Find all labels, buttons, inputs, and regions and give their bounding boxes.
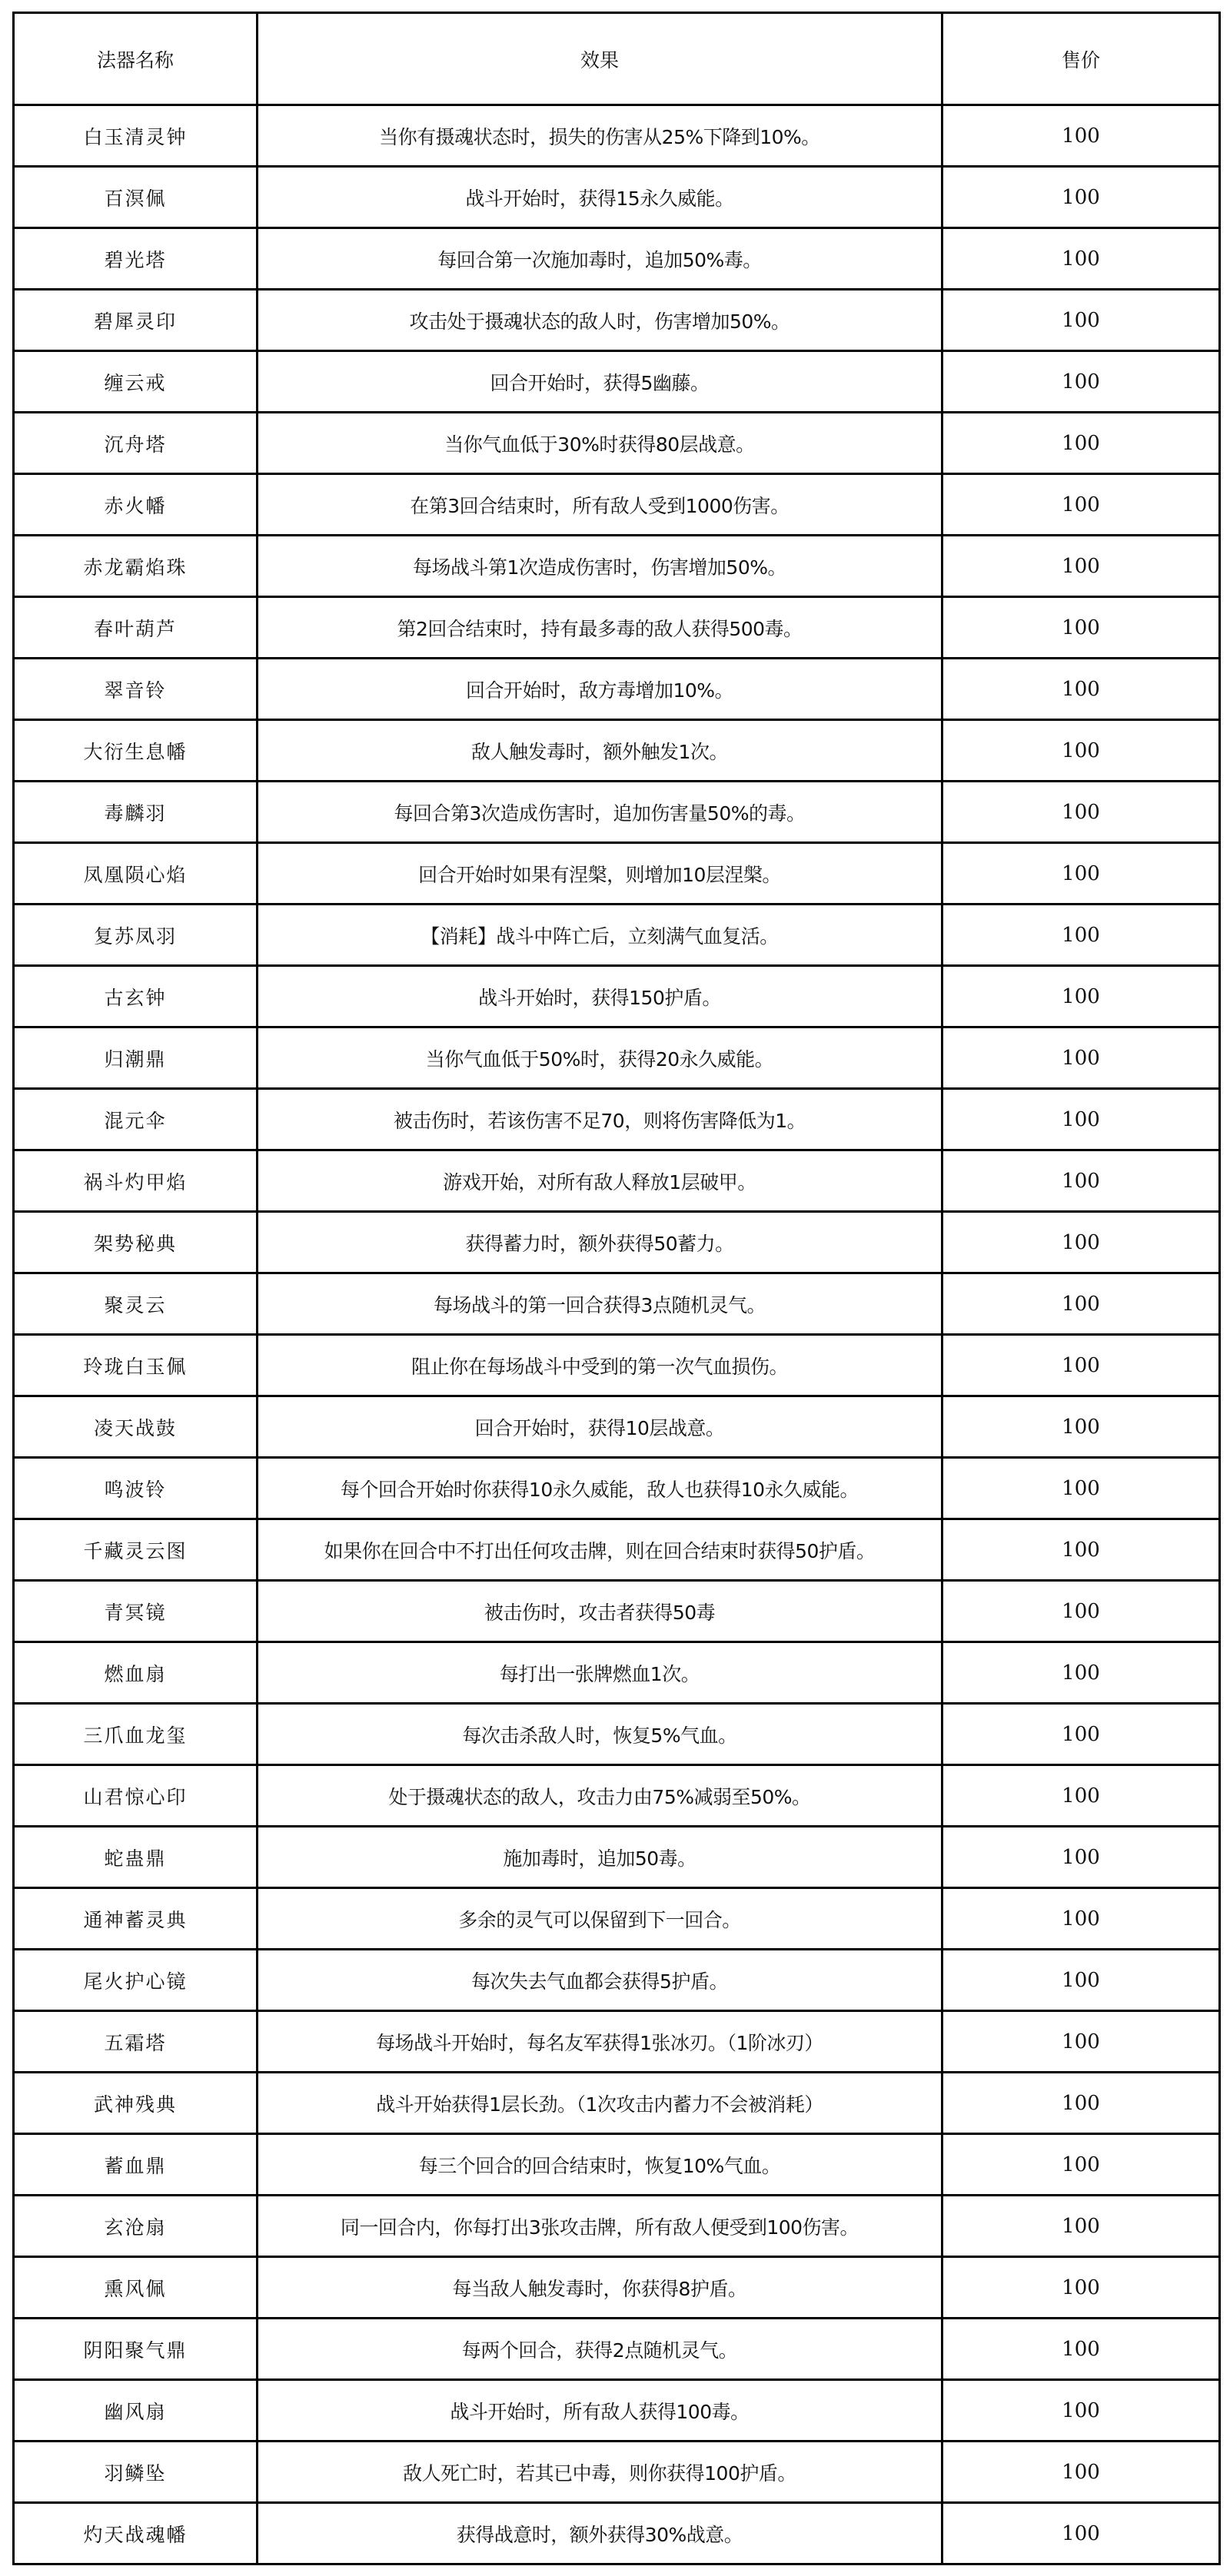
artifact-effect-cell: 战斗开始获得1层长劲。（1次攻击内蓄力不会被消耗） bbox=[258, 2073, 942, 2134]
artifact-price-cell: 100 bbox=[942, 474, 1220, 536]
table-row: 赤火幡在第3回合结束时，所有敌人受到1000伤害。100 bbox=[14, 474, 1220, 536]
artifact-price-cell: 100 bbox=[942, 2380, 1220, 2442]
artifact-effect-cell: 如果你在回合中不打出任何攻击牌，则在回合结束时获得50护盾。 bbox=[258, 1519, 942, 1581]
table-row: 凤凰陨心焰回合开始时如果有涅槃，则增加10层涅槃。100 bbox=[14, 843, 1220, 905]
artifact-price-cell: 100 bbox=[942, 413, 1220, 474]
artifact-effect-cell: 回合开始时如果有涅槃，则增加10层涅槃。 bbox=[258, 843, 942, 905]
artifact-price-cell: 100 bbox=[942, 290, 1220, 351]
artifact-name-cell: 幽风扇 bbox=[14, 2380, 258, 2442]
table-row: 缠云戒回合开始时，获得5幽藤。100 bbox=[14, 351, 1220, 413]
table-row: 碧光塔每回合第一次施加毒时，追加50%毒。100 bbox=[14, 228, 1220, 290]
table-row: 沉舟塔当你气血低于30%时获得80层战意。100 bbox=[14, 413, 1220, 474]
artifact-name-cell: 五霜塔 bbox=[14, 2011, 258, 2073]
artifact-name-cell: 碧犀灵印 bbox=[14, 290, 258, 351]
artifact-effect-cell: 每回合第3次造成伤害时，追加伤害量50%的毒。 bbox=[258, 782, 942, 843]
artifact-effect-cell: 每场战斗开始时，每名友军获得1张冰刃。（1阶冰刃） bbox=[258, 2011, 942, 2073]
artifact-name-cell: 聚灵云 bbox=[14, 1273, 258, 1335]
artifact-name-cell: 碧光塔 bbox=[14, 228, 258, 290]
artifact-price-cell: 100 bbox=[942, 782, 1220, 843]
artifact-name-cell: 玄沧扇 bbox=[14, 2196, 258, 2257]
artifact-price-cell: 100 bbox=[942, 2319, 1220, 2380]
artifact-price-cell: 100 bbox=[942, 2442, 1220, 2503]
table-row: 灼天战魂幡获得战意时，额外获得30%战意。100 bbox=[14, 2503, 1220, 2564]
table-row: 青冥镜被击伤时，攻击者获得50毒100 bbox=[14, 1581, 1220, 1642]
artifact-effect-cell: 同一回合内，你每打出3张攻击牌，所有敌人便受到100伤害。 bbox=[258, 2196, 942, 2257]
artifact-name-cell: 熏风佩 bbox=[14, 2257, 258, 2319]
artifact-effect-cell: 每回合第一次施加毒时，追加50%毒。 bbox=[258, 228, 942, 290]
artifact-name-cell: 羽鳞坠 bbox=[14, 2442, 258, 2503]
table-row: 蓄血鼎每三个回合的回合结束时，恢复10%气血。100 bbox=[14, 2134, 1220, 2196]
artifact-price-cell: 100 bbox=[942, 351, 1220, 413]
table-row: 千藏灵云图如果你在回合中不打出任何攻击牌，则在回合结束时获得50护盾。100 bbox=[14, 1519, 1220, 1581]
artifact-effect-cell: 第2回合结束时，持有最多毒的敌人获得500毒。 bbox=[258, 597, 942, 659]
artifact-price-cell: 100 bbox=[942, 167, 1220, 228]
artifact-price-cell: 100 bbox=[942, 1273, 1220, 1335]
artifact-effect-cell: 回合开始时，敌方毒增加10%。 bbox=[258, 659, 942, 720]
artifact-effect-cell: 施加毒时，追加50毒。 bbox=[258, 1827, 942, 1888]
artifact-price-cell: 100 bbox=[942, 1027, 1220, 1089]
artifact-name-cell: 蓄血鼎 bbox=[14, 2134, 258, 2196]
table-row: 聚灵云每场战斗的第一回合获得3点随机灵气。100 bbox=[14, 1273, 1220, 1335]
artifact-name-cell: 归潮鼎 bbox=[14, 1027, 258, 1089]
artifact-effect-cell: 每三个回合的回合结束时，恢复10%气血。 bbox=[258, 2134, 942, 2196]
table-row: 白玉清灵钟当你有摄魂状态时，损失的伤害从25%下降到10%。100 bbox=[14, 105, 1220, 167]
artifact-price-cell: 100 bbox=[942, 1335, 1220, 1396]
artifact-effect-cell: 战斗开始时，所有敌人获得100毒。 bbox=[258, 2380, 942, 2442]
artifact-price-cell: 100 bbox=[942, 1827, 1220, 1888]
artifact-price-cell: 100 bbox=[942, 105, 1220, 167]
artifact-name-cell: 祸斗灼甲焰 bbox=[14, 1150, 258, 1212]
column-header-price: 售价 bbox=[942, 13, 1220, 105]
table-row: 复苏凤羽【消耗】战斗中阵亡后，立刻满气血复活。100 bbox=[14, 905, 1220, 966]
artifact-effect-cell: 被击伤时，若该伤害不足70，则将伤害降低为1。 bbox=[258, 1089, 942, 1150]
artifact-name-cell: 青冥镜 bbox=[14, 1581, 258, 1642]
artifact-effect-cell: 敌人触发毒时，额外触发1次。 bbox=[258, 720, 942, 782]
table-row: 尾火护心镜每次失去气血都会获得5护盾。100 bbox=[14, 1950, 1220, 2011]
artifact-effect-cell: 每打出一张牌燃血1次。 bbox=[258, 1642, 942, 1704]
artifact-effect-cell: 每两个回合，获得2点随机灵气。 bbox=[258, 2319, 942, 2380]
table-row: 翠音铃回合开始时，敌方毒增加10%。100 bbox=[14, 659, 1220, 720]
artifact-price-cell: 100 bbox=[942, 2134, 1220, 2196]
artifact-price-cell: 100 bbox=[942, 905, 1220, 966]
table-row: 百溟佩战斗开始时，获得15永久威能。100 bbox=[14, 167, 1220, 228]
artifact-price-cell: 100 bbox=[942, 1704, 1220, 1765]
artifact-price-cell: 100 bbox=[942, 720, 1220, 782]
artifact-price-cell: 100 bbox=[942, 2011, 1220, 2073]
artifact-name-cell: 千藏灵云图 bbox=[14, 1519, 258, 1581]
artifact-name-cell: 百溟佩 bbox=[14, 167, 258, 228]
artifact-effect-cell: 获得战意时，额外获得30%战意。 bbox=[258, 2503, 942, 2564]
artifact-effect-cell: 每个回合开始时你获得10永久威能，敌人也获得10永久威能。 bbox=[258, 1458, 942, 1519]
artifact-price-cell: 100 bbox=[942, 1458, 1220, 1519]
artifact-price-cell: 100 bbox=[942, 966, 1220, 1027]
artifact-name-cell: 灼天战魂幡 bbox=[14, 2503, 258, 2564]
artifact-effect-cell: 回合开始时，获得5幽藤。 bbox=[258, 351, 942, 413]
artifact-price-cell: 100 bbox=[942, 659, 1220, 720]
artifact-effect-cell: 战斗开始时，获得15永久威能。 bbox=[258, 167, 942, 228]
artifact-price-cell: 100 bbox=[942, 2503, 1220, 2564]
table-row: 蛇蛊鼎施加毒时，追加50毒。100 bbox=[14, 1827, 1220, 1888]
artifact-name-cell: 通神蓄灵典 bbox=[14, 1888, 258, 1950]
table-row: 归潮鼎当你气血低于50%时，获得20永久威能。100 bbox=[14, 1027, 1220, 1089]
artifact-effect-cell: 每次失去气血都会获得5护盾。 bbox=[258, 1950, 942, 2011]
artifact-price-cell: 100 bbox=[942, 1765, 1220, 1827]
table-header-row: 法器名称 效果 售价 bbox=[14, 13, 1220, 105]
artifact-name-cell: 翠音铃 bbox=[14, 659, 258, 720]
artifact-effect-cell: 当你气血低于50%时，获得20永久威能。 bbox=[258, 1027, 942, 1089]
artifact-table: 法器名称 效果 售价 白玉清灵钟当你有摄魂状态时，损失的伤害从25%下降到10%… bbox=[12, 12, 1221, 2565]
artifact-name-cell: 复苏凤羽 bbox=[14, 905, 258, 966]
artifact-effect-cell: 游戏开始，对所有敌人释放1层破甲。 bbox=[258, 1150, 942, 1212]
table-row: 凌天战鼓回合开始时，获得10层战意。100 bbox=[14, 1396, 1220, 1458]
artifact-name-cell: 山君惊心印 bbox=[14, 1765, 258, 1827]
artifact-effect-cell: 战斗开始时，获得150护盾。 bbox=[258, 966, 942, 1027]
table-row: 毒麟羽每回合第3次造成伤害时，追加伤害量50%的毒。100 bbox=[14, 782, 1220, 843]
table-row: 山君惊心印处于摄魂状态的敌人，攻击力由75%减弱至50%。100 bbox=[14, 1765, 1220, 1827]
table-row: 碧犀灵印攻击处于摄魂状态的敌人时，伤害增加50%。100 bbox=[14, 290, 1220, 351]
table-row: 玲珑白玉佩阻止你在每场战斗中受到的第一次气血损伤。100 bbox=[14, 1335, 1220, 1396]
table-row: 古玄钟战斗开始时，获得150护盾。100 bbox=[14, 966, 1220, 1027]
table-row: 羽鳞坠敌人死亡时，若其已中毒，则你获得100护盾。100 bbox=[14, 2442, 1220, 2503]
artifact-name-cell: 燃血扇 bbox=[14, 1642, 258, 1704]
table-row: 春叶葫芦第2回合结束时，持有最多毒的敌人获得500毒。100 bbox=[14, 597, 1220, 659]
artifact-name-cell: 凌天战鼓 bbox=[14, 1396, 258, 1458]
artifact-effect-cell: 当你气血低于30%时获得80层战意。 bbox=[258, 413, 942, 474]
artifact-price-cell: 100 bbox=[942, 1396, 1220, 1458]
artifact-price-cell: 100 bbox=[942, 1089, 1220, 1150]
table-row: 燃血扇每打出一张牌燃血1次。100 bbox=[14, 1642, 1220, 1704]
column-header-effect: 效果 bbox=[258, 13, 942, 105]
artifact-name-cell: 凤凰陨心焰 bbox=[14, 843, 258, 905]
artifact-name-cell: 武神残典 bbox=[14, 2073, 258, 2134]
table-row: 大衍生息幡敌人触发毒时，额外触发1次。100 bbox=[14, 720, 1220, 782]
artifact-name-cell: 蛇蛊鼎 bbox=[14, 1827, 258, 1888]
artifact-price-cell: 100 bbox=[942, 1888, 1220, 1950]
artifact-effect-cell: 获得蓄力时，额外获得50蓄力。 bbox=[258, 1212, 942, 1273]
artifact-effect-cell: 攻击处于摄魂状态的敌人时，伤害增加50%。 bbox=[258, 290, 942, 351]
artifact-name-cell: 赤火幡 bbox=[14, 474, 258, 536]
artifact-name-cell: 鸣波铃 bbox=[14, 1458, 258, 1519]
artifact-price-cell: 100 bbox=[942, 2257, 1220, 2319]
artifact-name-cell: 阴阳聚气鼎 bbox=[14, 2319, 258, 2380]
artifact-name-cell: 沉舟塔 bbox=[14, 413, 258, 474]
artifact-effect-cell: 每当敌人触发毒时，你获得8护盾。 bbox=[258, 2257, 942, 2319]
artifact-price-cell: 100 bbox=[942, 1581, 1220, 1642]
artifact-effect-cell: 被击伤时，攻击者获得50毒 bbox=[258, 1581, 942, 1642]
artifact-name-cell: 大衍生息幡 bbox=[14, 720, 258, 782]
artifact-name-cell: 架势秘典 bbox=[14, 1212, 258, 1273]
artifact-effect-cell: 在第3回合结束时，所有敌人受到1000伤害。 bbox=[258, 474, 942, 536]
artifact-name-cell: 缠云戒 bbox=[14, 351, 258, 413]
artifact-effect-cell: 每次击杀敌人时，恢复5%气血。 bbox=[258, 1704, 942, 1765]
artifact-price-cell: 100 bbox=[942, 2196, 1220, 2257]
table-row: 鸣波铃每个回合开始时你获得10永久威能，敌人也获得10永久威能。100 bbox=[14, 1458, 1220, 1519]
artifact-price-cell: 100 bbox=[942, 1212, 1220, 1273]
artifact-effect-cell: 回合开始时，获得10层战意。 bbox=[258, 1396, 942, 1458]
artifact-effect-cell: 阻止你在每场战斗中受到的第一次气血损伤。 bbox=[258, 1335, 942, 1396]
artifact-name-cell: 尾火护心镜 bbox=[14, 1950, 258, 2011]
table-row: 幽风扇战斗开始时，所有敌人获得100毒。100 bbox=[14, 2380, 1220, 2442]
artifact-effect-cell: 多余的灵气可以保留到下一回合。 bbox=[258, 1888, 942, 1950]
artifact-name-cell: 毒麟羽 bbox=[14, 782, 258, 843]
artifact-price-cell: 100 bbox=[942, 536, 1220, 597]
table-row: 玄沧扇同一回合内，你每打出3张攻击牌，所有敌人便受到100伤害。100 bbox=[14, 2196, 1220, 2257]
artifact-price-cell: 100 bbox=[942, 1642, 1220, 1704]
artifact-price-cell: 100 bbox=[942, 597, 1220, 659]
artifact-name-cell: 白玉清灵钟 bbox=[14, 105, 258, 167]
table-row: 通神蓄灵典多余的灵气可以保留到下一回合。100 bbox=[14, 1888, 1220, 1950]
artifact-name-cell: 混元伞 bbox=[14, 1089, 258, 1150]
table-row: 熏风佩每当敌人触发毒时，你获得8护盾。100 bbox=[14, 2257, 1220, 2319]
table-body: 白玉清灵钟当你有摄魂状态时，损失的伤害从25%下降到10%。100百溟佩战斗开始… bbox=[14, 105, 1220, 2564]
artifact-effect-cell: 每场战斗的第一回合获得3点随机灵气。 bbox=[258, 1273, 942, 1335]
artifact-price-cell: 100 bbox=[942, 1519, 1220, 1581]
table-row: 三爪血龙玺每次击杀敌人时，恢复5%气血。100 bbox=[14, 1704, 1220, 1765]
artifact-effect-cell: 处于摄魂状态的敌人，攻击力由75%减弱至50%。 bbox=[258, 1765, 942, 1827]
artifact-name-cell: 古玄钟 bbox=[14, 966, 258, 1027]
artifact-table-container: 法器名称 效果 售价 白玉清灵钟当你有摄魂状态时，损失的伤害从25%下降到10%… bbox=[12, 12, 1218, 2565]
artifact-effect-cell: 当你有摄魂状态时，损失的伤害从25%下降到10%。 bbox=[258, 105, 942, 167]
artifact-effect-cell: 【消耗】战斗中阵亡后，立刻满气血复活。 bbox=[258, 905, 942, 966]
artifact-price-cell: 100 bbox=[942, 843, 1220, 905]
table-row: 祸斗灼甲焰游戏开始，对所有敌人释放1层破甲。100 bbox=[14, 1150, 1220, 1212]
table-row: 架势秘典获得蓄力时，额外获得50蓄力。100 bbox=[14, 1212, 1220, 1273]
artifact-effect-cell: 敌人死亡时，若其已中毒，则你获得100护盾。 bbox=[258, 2442, 942, 2503]
table-row: 赤龙霸焰珠每场战斗第1次造成伤害时，伤害增加50%。100 bbox=[14, 536, 1220, 597]
artifact-name-cell: 春叶葫芦 bbox=[14, 597, 258, 659]
column-header-name: 法器名称 bbox=[14, 13, 258, 105]
artifact-price-cell: 100 bbox=[942, 2073, 1220, 2134]
table-row: 阴阳聚气鼎每两个回合，获得2点随机灵气。100 bbox=[14, 2319, 1220, 2380]
table-row: 武神残典战斗开始获得1层长劲。（1次攻击内蓄力不会被消耗）100 bbox=[14, 2073, 1220, 2134]
artifact-price-cell: 100 bbox=[942, 228, 1220, 290]
artifact-effect-cell: 每场战斗第1次造成伤害时，伤害增加50%。 bbox=[258, 536, 942, 597]
table-row: 五霜塔每场战斗开始时，每名友军获得1张冰刃。（1阶冰刃）100 bbox=[14, 2011, 1220, 2073]
artifact-name-cell: 赤龙霸焰珠 bbox=[14, 536, 258, 597]
artifact-price-cell: 100 bbox=[942, 1150, 1220, 1212]
table-row: 混元伞被击伤时，若该伤害不足70，则将伤害降低为1。100 bbox=[14, 1089, 1220, 1150]
artifact-name-cell: 玲珑白玉佩 bbox=[14, 1335, 258, 1396]
artifact-name-cell: 三爪血龙玺 bbox=[14, 1704, 258, 1765]
artifact-price-cell: 100 bbox=[942, 1950, 1220, 2011]
